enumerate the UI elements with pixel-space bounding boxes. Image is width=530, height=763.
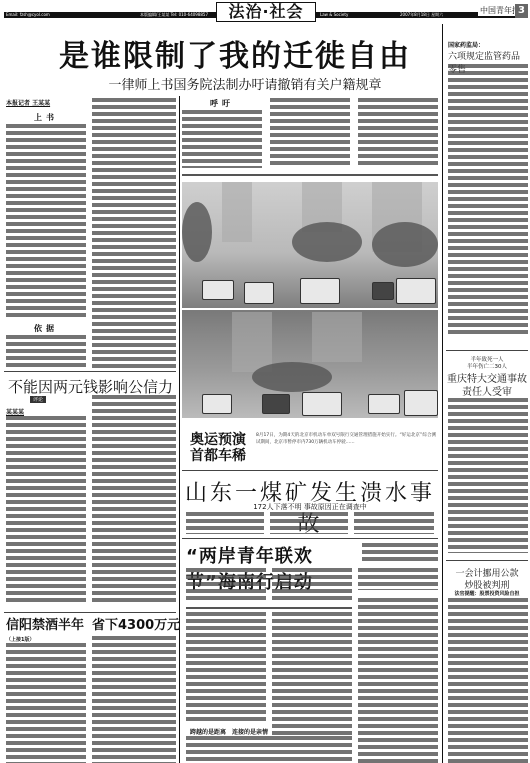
xinyang-headline-2: 省下4300万元 <box>92 618 180 633</box>
mine-body-2 <box>270 512 348 534</box>
lead-body-column-1b <box>6 335 86 367</box>
sidebar-story3-kicker: 法官提醒：股票投资风险自担 <box>446 590 528 597</box>
photo-caption-text: 8月17日，为期4天的北京市机动车单双号限行交通管理措施开始实行。“好运北京”综… <box>256 432 436 466</box>
xinyang-dateline: （上接1版） <box>6 636 34 643</box>
mine-body-1 <box>186 512 264 534</box>
divider <box>4 371 176 372</box>
mine-subheadline: 172人下落不明 事故原因正在调查中 <box>182 502 438 512</box>
xinyang-body-2 <box>92 636 176 763</box>
commentary-headline: 不能因两元钱影响公信力 <box>8 376 176 397</box>
sidebar-story2-headline-2: 责任人受审 <box>446 383 528 398</box>
lead-body-column-5 <box>358 98 438 168</box>
commentary-body-1 <box>6 416 86 604</box>
youth-body-3 <box>358 568 438 590</box>
youth-body-6 <box>358 598 438 763</box>
lead-section-title-3: 依据 <box>6 323 86 334</box>
youth-body-5 <box>272 612 352 737</box>
lead-byline: 本报记者 王某某 <box>6 98 50 107</box>
masthead-email: Email: fzsh@cyol.com <box>6 12 50 18</box>
lead-subheadline: 一律师上书国务院法制办吁请撤销有关户籍规章 <box>80 74 410 93</box>
section-title: 法治·社会 <box>216 2 316 22</box>
lead-headline: 是谁限制了我的迁徙自由 <box>30 40 440 74</box>
section-title-en: Law & Society <box>320 12 348 18</box>
xinyang-headline-1: 信阳禁酒半年 <box>6 618 84 633</box>
sidebar-story1-kicker: 国家药监局： <box>448 40 484 49</box>
lead-body-column-2 <box>92 98 176 368</box>
divider <box>182 174 438 176</box>
page-number: 3 <box>515 4 528 18</box>
lead-body-column-1 <box>6 124 86 320</box>
commentary-byline: 某某某 <box>6 407 24 416</box>
youth-sub-section: 跨越的是距离 连接的是亲情 <box>186 727 272 736</box>
lead-section-title-2: 呼吁 <box>182 98 262 109</box>
issue-date: 2007年8月18日 星期六 <box>400 12 443 18</box>
lead-section-title-1: 上书 <box>6 112 86 123</box>
sidebar-story3-body <box>448 598 528 763</box>
divider <box>186 607 352 609</box>
youth-body-7 <box>186 736 352 763</box>
divider <box>446 560 528 561</box>
divider <box>182 470 438 471</box>
masthead-editor: 本版编辑/王某某 Tel: 010-64098857 <box>140 12 208 18</box>
traffic-photo <box>182 182 438 418</box>
divider <box>182 538 438 539</box>
sidebar-story2-body <box>448 398 528 553</box>
column-rule <box>179 96 180 763</box>
sidebar-story2-kicker-2: 半年伤亡二30人 <box>446 362 528 370</box>
youth-intro <box>362 543 438 563</box>
commentary-tag: 评论 <box>30 396 46 403</box>
mine-body-3 <box>354 512 434 534</box>
lead-body-column-4 <box>270 98 350 168</box>
divider <box>4 612 176 613</box>
xinyang-body-1 <box>6 643 86 763</box>
photo-caption-title-2: 首都车稀 <box>186 448 250 464</box>
commentary-body-2 <box>92 395 176 604</box>
youth-body-1 <box>186 568 266 603</box>
photo-caption-title-1: 奥运预演 <box>186 432 250 448</box>
divider <box>446 350 528 351</box>
youth-body-4 <box>186 612 266 722</box>
column-rule <box>442 24 443 763</box>
lead-body-column-3 <box>182 110 262 168</box>
sidebar-story1-body <box>448 64 528 334</box>
youth-body-2 <box>272 568 352 603</box>
